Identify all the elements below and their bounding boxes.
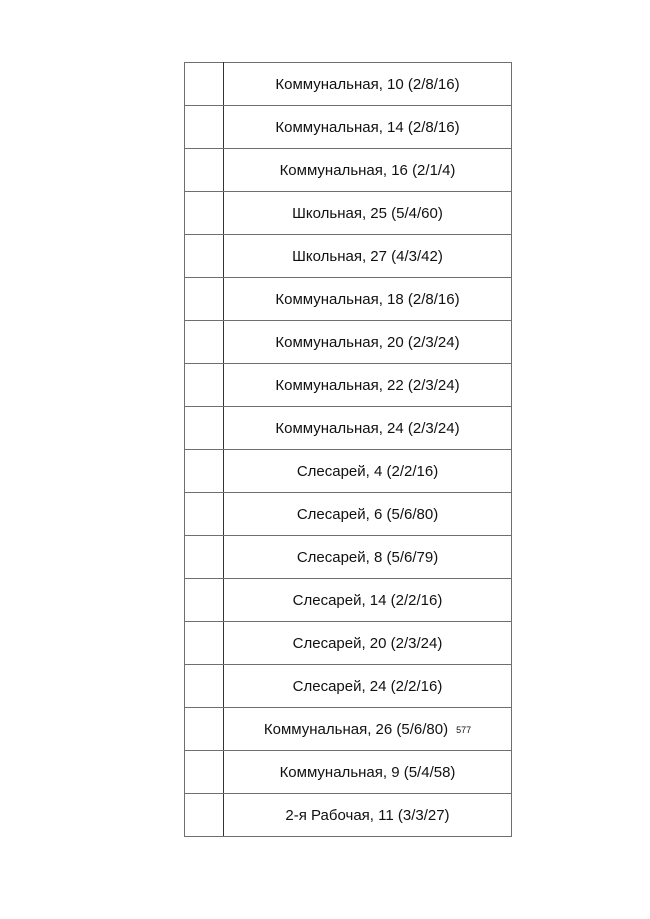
row-number-cell bbox=[185, 751, 224, 794]
table-row: Слесарей, 24 (2/2/16) bbox=[185, 665, 512, 708]
row-number-cell bbox=[185, 364, 224, 407]
row-number-cell bbox=[185, 278, 224, 321]
table-row: Коммунальная, 14 (2/8/16) bbox=[185, 106, 512, 149]
address-cell: Коммунальная, 26 (5/6/80)577 bbox=[224, 708, 512, 751]
row-number-cell bbox=[185, 794, 224, 837]
address-text: Слесарей, 8 (5/6/79) bbox=[297, 549, 438, 566]
row-number-cell bbox=[185, 708, 224, 751]
address-table-body: Коммунальная, 10 (2/8/16)Коммунальная, 1… bbox=[185, 63, 512, 837]
address-text: Коммунальная, 18 (2/8/16) bbox=[275, 291, 459, 308]
address-cell: Школьная, 25 (5/4/60) bbox=[224, 192, 512, 235]
table-row: Слесарей, 20 (2/3/24) bbox=[185, 622, 512, 665]
row-number-cell bbox=[185, 235, 224, 278]
address-text: Слесарей, 20 (2/3/24) bbox=[293, 635, 443, 652]
table-row: Слесарей, 8 (5/6/79) bbox=[185, 536, 512, 579]
address-text: Слесарей, 24 (2/2/16) bbox=[293, 678, 443, 695]
address-cell: Коммунальная, 18 (2/8/16) bbox=[224, 278, 512, 321]
row-number-cell bbox=[185, 63, 224, 106]
table-row: Коммунальная, 9 (5/4/58) bbox=[185, 751, 512, 794]
address-cell: Слесарей, 14 (2/2/16) bbox=[224, 579, 512, 622]
address-cell: Слесарей, 24 (2/2/16) bbox=[224, 665, 512, 708]
row-number-cell bbox=[185, 106, 224, 149]
row-number-cell bbox=[185, 450, 224, 493]
address-text: Коммунальная, 20 (2/3/24) bbox=[275, 334, 459, 351]
address-text: Коммунальная, 9 (5/4/58) bbox=[280, 764, 456, 781]
row-number-cell bbox=[185, 579, 224, 622]
table-row: Коммунальная, 20 (2/3/24) bbox=[185, 321, 512, 364]
address-cell: Коммунальная, 10 (2/8/16) bbox=[224, 63, 512, 106]
address-cell: 2-я Рабочая, 11 (3/3/27) bbox=[224, 794, 512, 837]
table-row: Коммунальная, 22 (2/3/24) bbox=[185, 364, 512, 407]
row-number-cell bbox=[185, 407, 224, 450]
address-text: Слесарей, 4 (2/2/16) bbox=[297, 463, 438, 480]
table-row: 2-я Рабочая, 11 (3/3/27) bbox=[185, 794, 512, 837]
address-cell: Слесарей, 20 (2/3/24) bbox=[224, 622, 512, 665]
address-text: Школьная, 27 (4/3/42) bbox=[292, 248, 443, 265]
address-text: Школьная, 25 (5/4/60) bbox=[292, 205, 443, 222]
address-text: 2-я Рабочая, 11 (3/3/27) bbox=[285, 807, 449, 824]
address-text: Коммунальная, 14 (2/8/16) bbox=[275, 119, 459, 136]
table-row: Слесарей, 14 (2/2/16) bbox=[185, 579, 512, 622]
row-number-cell bbox=[185, 493, 224, 536]
table-row: Коммунальная, 10 (2/8/16) bbox=[185, 63, 512, 106]
address-cell: Коммунальная, 20 (2/3/24) bbox=[224, 321, 512, 364]
address-cell: Коммунальная, 16 (2/1/4) bbox=[224, 149, 512, 192]
address-text: Коммунальная, 24 (2/3/24) bbox=[275, 420, 459, 437]
row-number-cell bbox=[185, 321, 224, 364]
table-row: Слесарей, 4 (2/2/16) bbox=[185, 450, 512, 493]
table-row: Слесарей, 6 (5/6/80) bbox=[185, 493, 512, 536]
address-text: Слесарей, 6 (5/6/80) bbox=[297, 506, 438, 523]
address-text: Коммунальная, 22 (2/3/24) bbox=[275, 377, 459, 394]
row-number-cell bbox=[185, 192, 224, 235]
address-cell: Коммунальная, 14 (2/8/16) bbox=[224, 106, 512, 149]
row-number-cell bbox=[185, 149, 224, 192]
row-number-cell bbox=[185, 665, 224, 708]
table-row: Коммунальная, 24 (2/3/24) bbox=[185, 407, 512, 450]
table-row: Коммунальная, 18 (2/8/16) bbox=[185, 278, 512, 321]
table-row: Коммунальная, 26 (5/6/80)577 bbox=[185, 708, 512, 751]
address-text: Коммунальная, 10 (2/8/16) bbox=[275, 76, 459, 93]
table-row: Школьная, 27 (4/3/42) bbox=[185, 235, 512, 278]
address-cell: Слесарей, 8 (5/6/79) bbox=[224, 536, 512, 579]
row-number-cell bbox=[185, 536, 224, 579]
address-text: Коммунальная, 16 (2/1/4) bbox=[280, 162, 456, 179]
address-cell: Школьная, 27 (4/3/42) bbox=[224, 235, 512, 278]
table-row: Школьная, 25 (5/4/60) bbox=[185, 192, 512, 235]
address-text: Коммунальная, 26 (5/6/80) bbox=[264, 721, 448, 738]
address-cell: Коммунальная, 22 (2/3/24) bbox=[224, 364, 512, 407]
page-number-note: 577 bbox=[456, 725, 471, 735]
address-text: Слесарей, 14 (2/2/16) bbox=[293, 592, 443, 609]
address-cell: Коммунальная, 24 (2/3/24) bbox=[224, 407, 512, 450]
address-cell: Слесарей, 4 (2/2/16) bbox=[224, 450, 512, 493]
address-cell: Коммунальная, 9 (5/4/58) bbox=[224, 751, 512, 794]
row-number-cell bbox=[185, 622, 224, 665]
address-table: Коммунальная, 10 (2/8/16)Коммунальная, 1… bbox=[184, 62, 512, 837]
table-row: Коммунальная, 16 (2/1/4) bbox=[185, 149, 512, 192]
address-cell: Слесарей, 6 (5/6/80) bbox=[224, 493, 512, 536]
